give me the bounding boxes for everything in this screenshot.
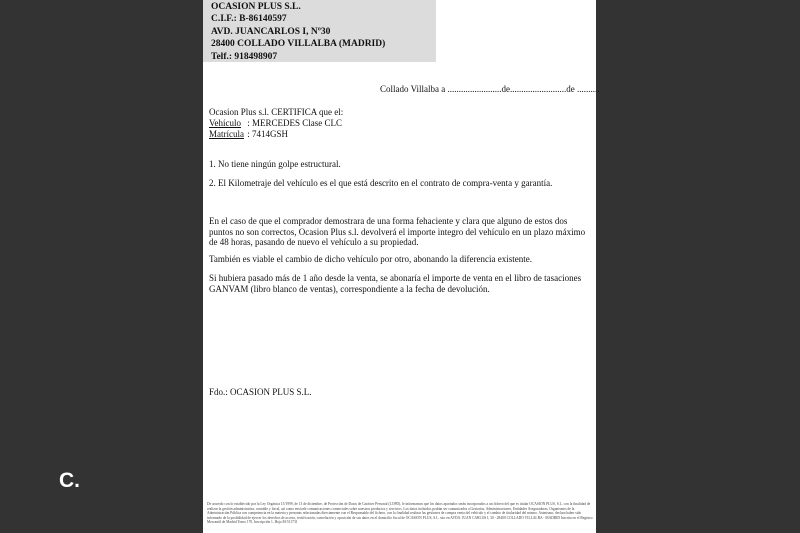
point-2: 2. El Kilometraje del vehículo es el que… [209, 178, 552, 189]
company-city: 28400 COLLADO VILLALBA (MADRID) [211, 38, 436, 50]
plate-line: Matrícula : 7414GSH [209, 129, 288, 140]
vehicle-label: Vehículo [209, 118, 245, 129]
certifies-line: Ocasion Plus s.l. CERTIFICA que el: [209, 107, 343, 118]
point-1: 1. No tiene ningún golpe estructural. [209, 159, 341, 170]
vehicle-line: Vehículo : MERCEDES Clase CLC [209, 118, 342, 129]
company-phone: Telf.: 918498907 [211, 51, 436, 63]
panel-label: C. [59, 468, 80, 494]
certificate-page: OCASION PLUS S.L. C.I.F.: B-86140597 AVD… [203, 0, 596, 533]
company-name: OCASION PLUS S.L. [211, 1, 436, 13]
company-address: AVD. JUANCARLOS I, Nº30 [211, 26, 436, 38]
plate-label: Matrícula [209, 129, 245, 140]
date-line: Collado Villalba a .....................… [380, 84, 600, 94]
paragraph-refund: En el caso de que el comprador demostrar… [209, 216, 593, 248]
paragraph-ganvam: Si hubiera pasado más de 1 año desde la … [209, 273, 593, 294]
company-header: OCASION PLUS S.L. C.I.F.: B-86140597 AVD… [203, 0, 436, 62]
legal-footer: De acuerdo con lo establecido por la Ley… [207, 502, 593, 525]
plate-value: : 7414GSH [247, 129, 288, 139]
vehicle-value: : MERCEDES Clase CLC [247, 118, 342, 128]
paragraph-exchange: También es viable el cambio de dicho veh… [209, 254, 593, 265]
signature: Fdo.: OCASION PLUS S.L. [209, 387, 312, 398]
company-cif: C.I.F.: B-86140597 [211, 13, 436, 25]
